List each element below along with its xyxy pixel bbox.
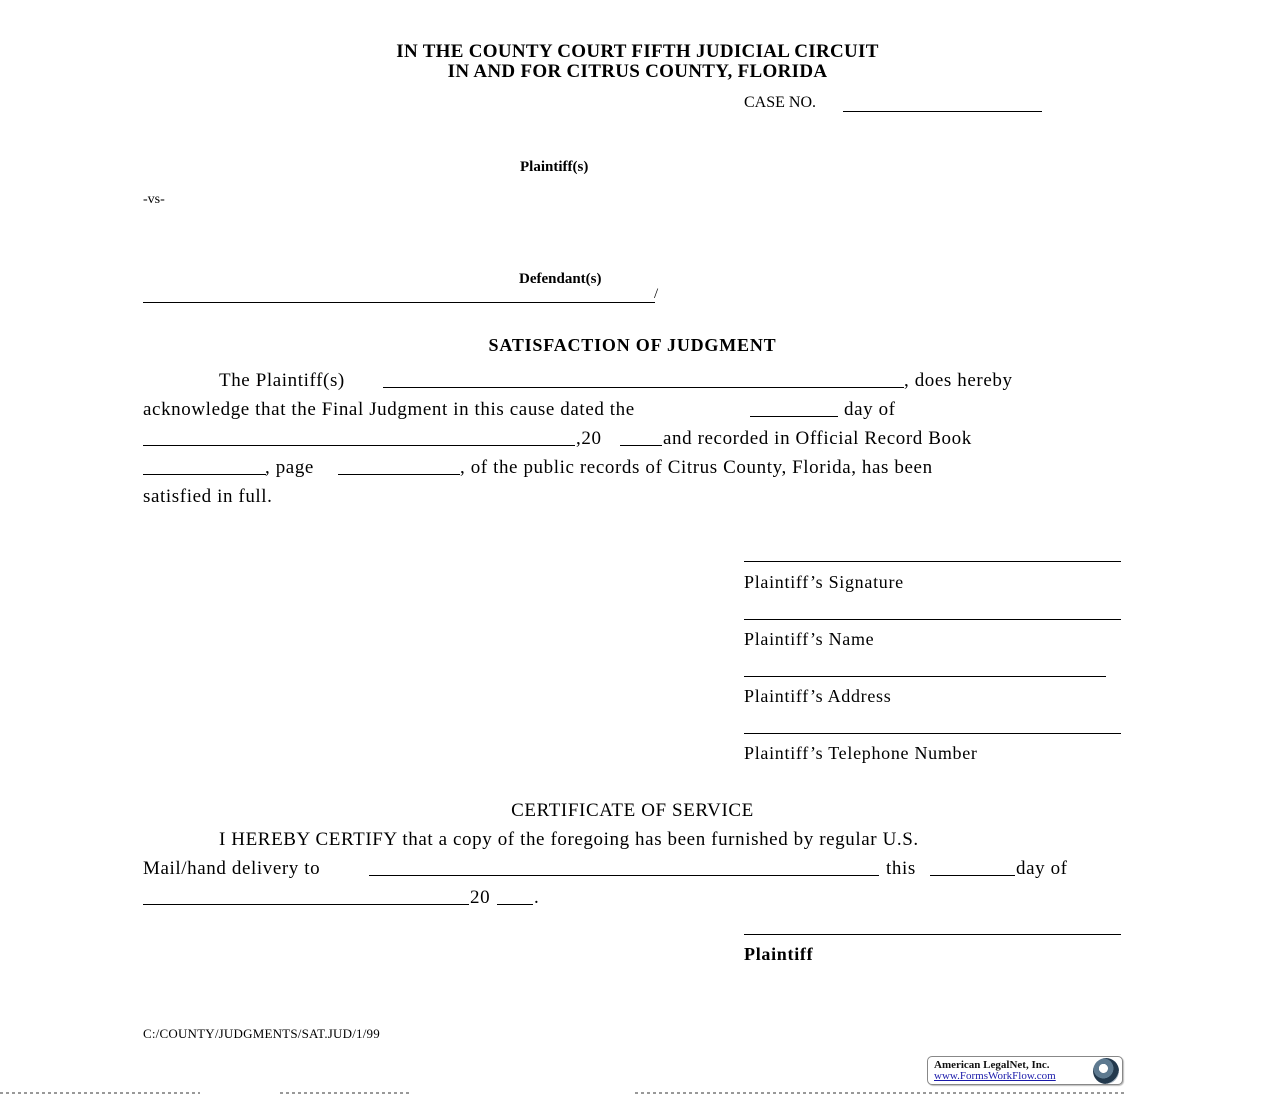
court-heading-line1: IN THE COUNTY COURT FIFTH JUDICIAL CIRCU…	[0, 41, 1275, 63]
body-line-2-suffix: day of	[844, 399, 896, 421]
globe-logo-icon	[1093, 1058, 1119, 1084]
service-month-input[interactable]	[143, 904, 469, 905]
plaintiff-address-input[interactable]	[744, 676, 1106, 677]
case-number-label: CASE NO.	[744, 94, 816, 111]
defendant-caption-label: Defendant(s)	[519, 271, 602, 288]
caption-slash: /	[654, 286, 658, 303]
body-line-3-suffix: and recorded in Official Record Book	[663, 428, 972, 450]
plaintiff-signature-label: Plaintiff’s Signature	[744, 572, 904, 593]
plaintiff-address-label: Plaintiff’s Address	[744, 686, 891, 707]
scan-artifact	[635, 1092, 1125, 1094]
plaintiff-name-label: Plaintiff’s Name	[744, 629, 874, 650]
certificate-title: CERTIFICATE OF SERVICE	[0, 800, 1265, 822]
judgment-day-input[interactable]	[750, 416, 838, 417]
defendant-name-input[interactable]	[143, 302, 655, 303]
certificate-line-1: I HEREBY CERTIFY that a copy of the fore…	[219, 829, 919, 851]
plaintiff-name-input[interactable]	[383, 387, 904, 388]
case-number-field: CASE NO.	[744, 94, 816, 112]
served-party-input[interactable]	[369, 875, 879, 876]
american-legalnet-badge[interactable]: American LegalNet, Inc. www.FormsWorkFlo…	[927, 1056, 1123, 1085]
body-line-1: The Plaintiff(s)	[219, 370, 345, 392]
body-line-1-suffix: , does hereby	[904, 370, 1013, 392]
body-line-5: satisfied in full.	[143, 486, 273, 508]
certificate-line-3-period: .	[534, 887, 539, 909]
body-line-4-suffix: , of the public records of Citrus County…	[460, 457, 933, 479]
record-page-input[interactable]	[338, 474, 460, 475]
certificate-line-2-suffix: day of	[1016, 858, 1068, 880]
judgment-month-input[interactable]	[143, 445, 575, 446]
body-text: The Plaintiff(s)	[219, 370, 345, 391]
service-day-input[interactable]	[930, 875, 1015, 876]
body-line-3-year: ,20	[576, 428, 602, 450]
case-number-input[interactable]	[843, 111, 1042, 112]
certificate-line-2: Mail/hand delivery to	[143, 858, 320, 880]
certificate-line-2-this: this	[886, 858, 916, 880]
plaintiff-telephone-input[interactable]	[744, 733, 1121, 734]
certificate-signature-input[interactable]	[744, 934, 1121, 935]
judgment-year-input[interactable]	[620, 445, 662, 446]
file-path-footer: C:/COUNTY/JUDGMENTS/SAT.JUD/1/99	[143, 1026, 380, 1042]
plaintiff-telephone-label: Plaintiff’s Telephone Number	[744, 743, 978, 764]
document-title: SATISFACTION OF JUDGMENT	[0, 335, 1265, 356]
service-year-input[interactable]	[497, 904, 533, 905]
plaintiff-caption-label: Plaintiff(s)	[520, 159, 588, 176]
badge-url-link[interactable]: www.FormsWorkFlow.com	[934, 1070, 1056, 1082]
plaintiff-name-sig-input[interactable]	[744, 619, 1121, 620]
certificate-signer-label: Plaintiff	[744, 944, 813, 965]
scan-artifact	[0, 1092, 200, 1094]
record-book-input[interactable]	[143, 474, 266, 475]
body-line-4-page: , page	[265, 457, 314, 479]
body-line-2: acknowledge that the Final Judgment in t…	[143, 399, 635, 421]
court-heading-line2: IN AND FOR CITRUS COUNTY, FLORIDA	[0, 61, 1275, 83]
vs-label: -vs-	[143, 192, 165, 208]
scan-artifact	[280, 1092, 410, 1094]
plaintiff-signature-input[interactable]	[744, 561, 1121, 562]
certificate-line-3-year: 20	[470, 887, 490, 909]
